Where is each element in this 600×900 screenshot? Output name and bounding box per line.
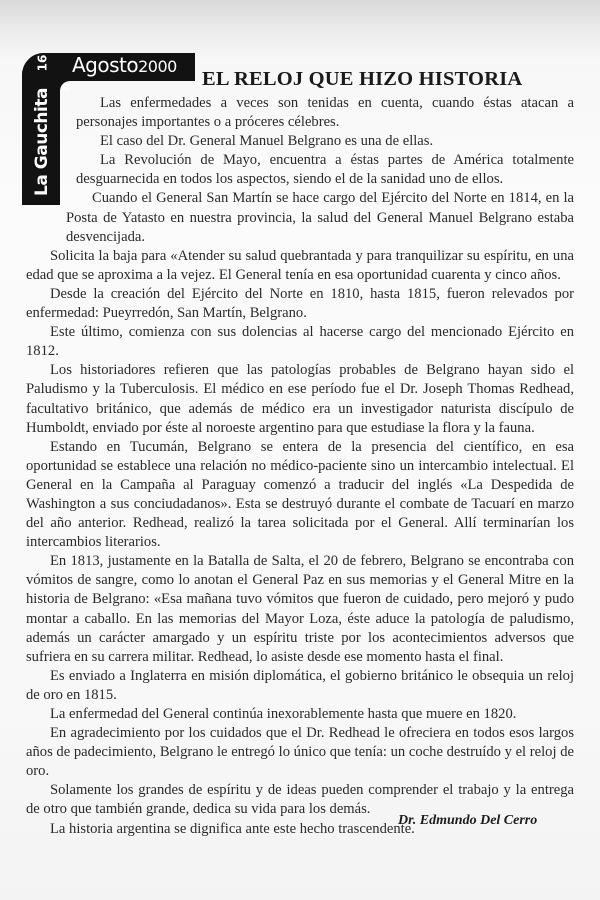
date-month: Agosto [72,53,138,77]
issue-number: 16 [35,55,49,72]
paragraph: Este último, comienza con sus dolencias … [26,323,574,361]
date-year: 2000 [138,57,177,76]
paragraph: Los historiadores refieren que las patol… [26,361,574,437]
paragraph: En agradecimiento por los cuidados que e… [26,724,574,781]
paragraph: En 1813, justamente en la Batalla de Sal… [26,552,574,667]
paragraph: La enfermedad del General continúa inexo… [26,705,574,724]
article-body: Las enfermedades a veces son tenidas en … [26,94,574,839]
publication-date: Agosto2000 [72,53,177,77]
author-signature: Dr. Edmundo Del Cerro [398,813,537,829]
article-title: EL RELOJ QUE HIZO HISTORIA [202,68,522,91]
paragraph: Es enviado a Inglaterra en misión diplom… [26,667,574,705]
paragraph: El caso del Dr. General Manuel Belgrano … [26,132,574,151]
paragraph: Solicita la baja para «Atender su salud … [26,247,574,285]
paragraph: Estando en Tucumán, Belgrano se entera d… [26,438,574,553]
paragraph: Desde la creación del Ejército del Norte… [26,285,574,323]
paragraph: Las enfermedades a veces son tenidas en … [26,94,574,132]
banner-corner [60,81,70,91]
paragraph: Cuando el General San Martín se hace car… [26,189,574,246]
paragraph: La Revolución de Mayo, encuentra a éstas… [26,151,574,189]
